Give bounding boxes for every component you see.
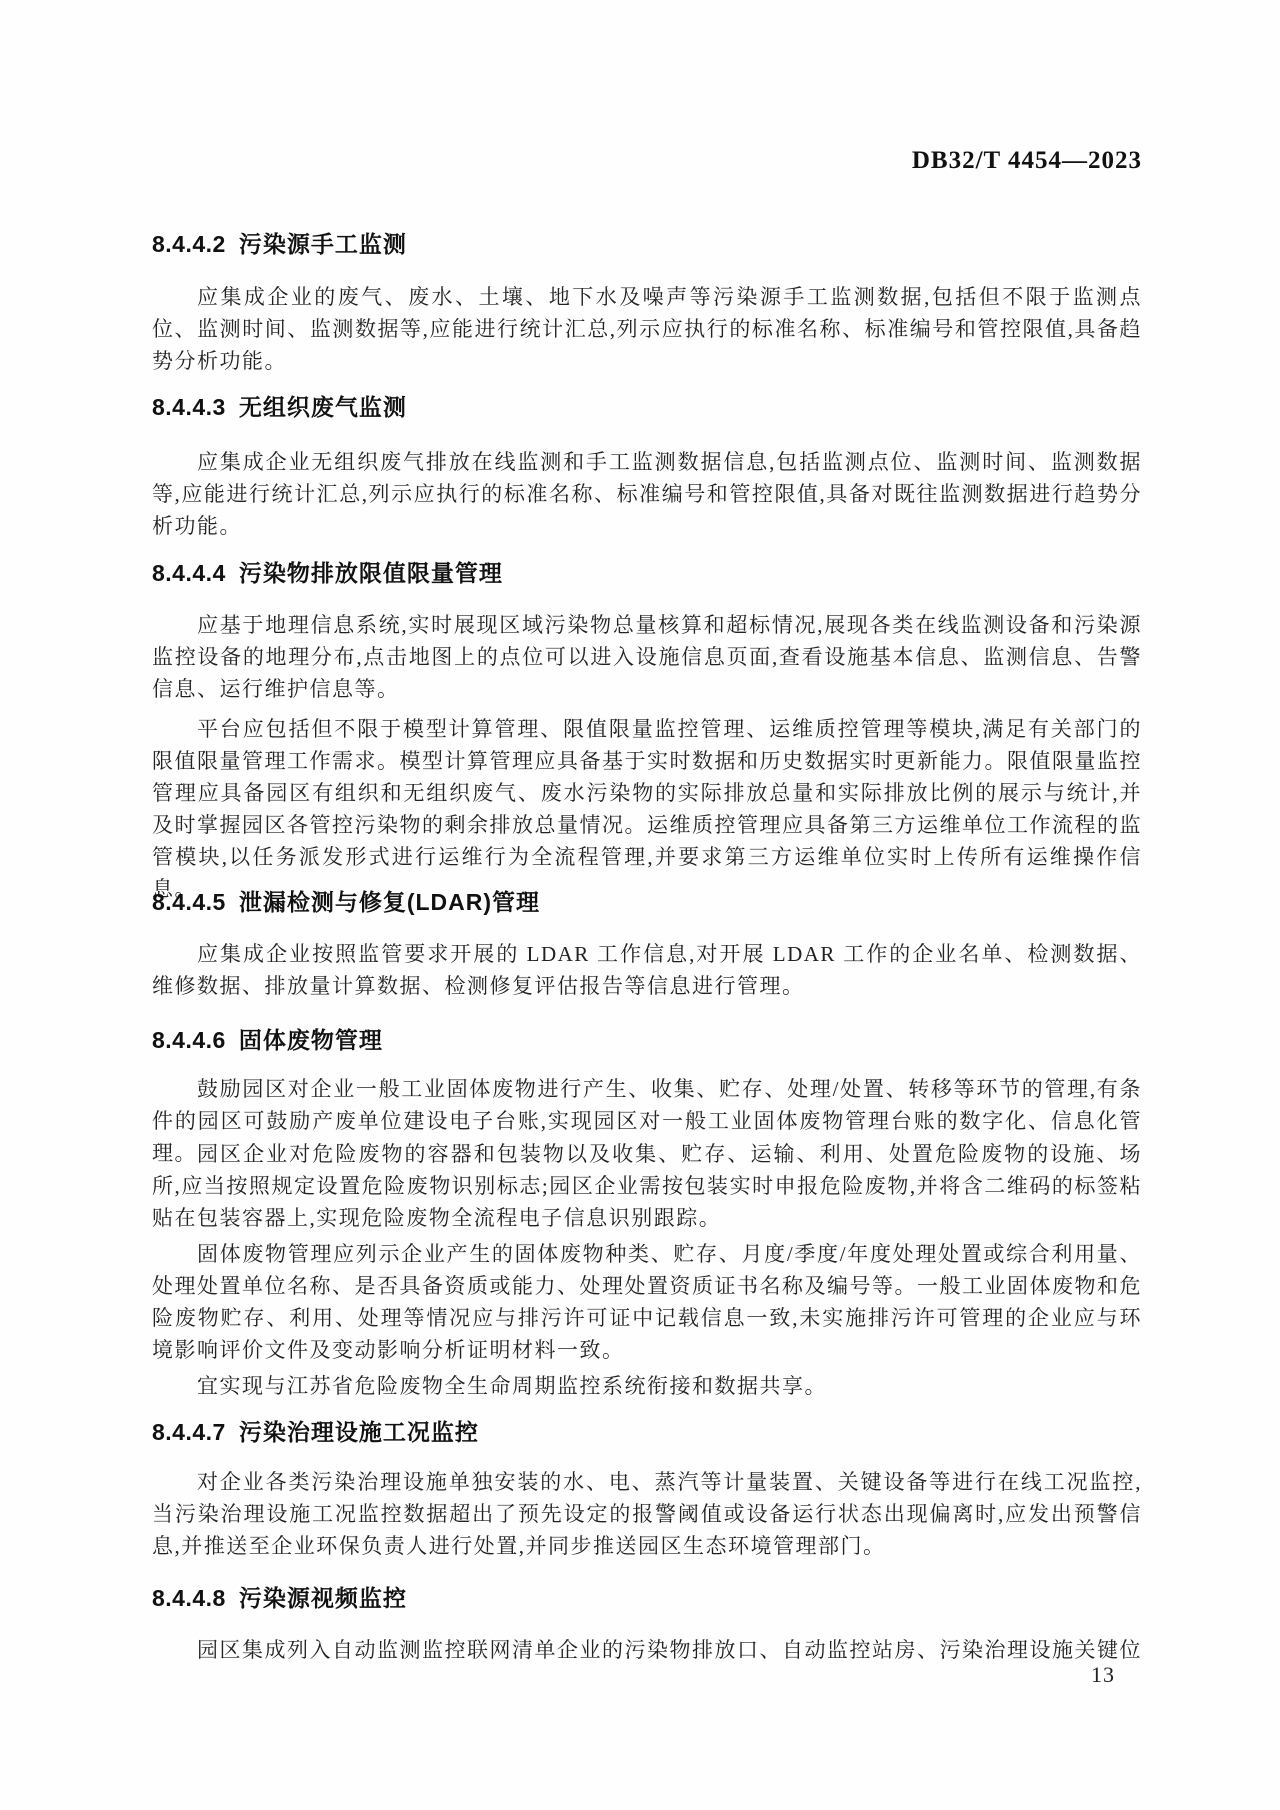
section-title: 无组织废气监测	[239, 394, 407, 420]
section-title: 泄漏检测与修复(LDAR)管理	[239, 889, 540, 915]
section-heading-8442: 8.4.4.2污染源手工监测	[152, 230, 1142, 258]
section-heading-8445: 8.4.4.5泄漏检测与修复(LDAR)管理	[152, 888, 1142, 916]
section-paragraph: 应集成企业按照监管要求开展的 LDAR 工作信息,对开展 LDAR 工作的企业名…	[152, 938, 1142, 1002]
section-paragraph: 应集成企业的废气、废水、土壤、地下水及噪声等污染源手工监测数据,包括但不限于监测…	[152, 281, 1142, 377]
section-number: 8.4.4.3	[152, 393, 226, 421]
section-number: 8.4.4.8	[152, 1584, 226, 1612]
document-page: DB32/T 4454—2023 8.4.4.2污染源手工监测 应集成企业的废气…	[0, 0, 1280, 1810]
section-number: 8.4.4.2	[152, 230, 226, 258]
section-paragraph: 园区企业对危险废物的容器和包装物以及收集、贮存、运输、利用、处置危险废物的设施、…	[152, 1138, 1142, 1234]
section-paragraph: 固体废物管理应列示企业产生的固体废物种类、贮存、月度/季度/年度处理处置或综合利…	[152, 1238, 1142, 1366]
section-paragraph: 对企业各类污染治理设施单独安装的水、电、蒸汽等计量装置、关键设备等进行在线工况监…	[152, 1466, 1142, 1562]
section-number: 8.4.4.5	[152, 888, 226, 916]
section-heading-8444: 8.4.4.4污染物排放限值限量管理	[152, 559, 1142, 587]
section-paragraph: 应集成企业无组织废气排放在线监测和手工监测数据信息,包括监测点位、监测时间、监测…	[152, 446, 1142, 542]
section-heading-8447: 8.4.4.7污染治理设施工况监控	[152, 1418, 1142, 1446]
page-number: 13	[152, 1662, 1115, 1688]
section-title: 污染治理设施工况监控	[239, 1419, 479, 1445]
section-title: 污染物排放限值限量管理	[239, 560, 503, 586]
section-title: 污染源手工监测	[239, 231, 407, 257]
section-number: 8.4.4.7	[152, 1418, 226, 1446]
section-heading-8448: 8.4.4.8污染源视频监控	[152, 1584, 1142, 1612]
section-paragraph: 宜实现与江苏省危险废物全生命周期监控系统衔接和数据共享。	[152, 1370, 1142, 1402]
section-title: 固体废物管理	[239, 1027, 383, 1053]
section-heading-8446: 8.4.4.6固体废物管理	[152, 1026, 1142, 1054]
section-paragraph: 平台应包括但不限于模型计算管理、限值限量监控管理、运维质控管理等模块,满足有关部…	[152, 713, 1142, 905]
section-title: 污染源视频监控	[239, 1585, 407, 1611]
section-number: 8.4.4.6	[152, 1026, 226, 1054]
section-paragraph: 应基于地理信息系统,实时展现区域污染物总量核算和超标情况,展现各类在线监测设备和…	[152, 609, 1142, 705]
section-heading-8443: 8.4.4.3无组织废气监测	[152, 393, 1142, 421]
section-number: 8.4.4.4	[152, 559, 226, 587]
standard-number-header: DB32/T 4454—2023	[152, 148, 1142, 174]
